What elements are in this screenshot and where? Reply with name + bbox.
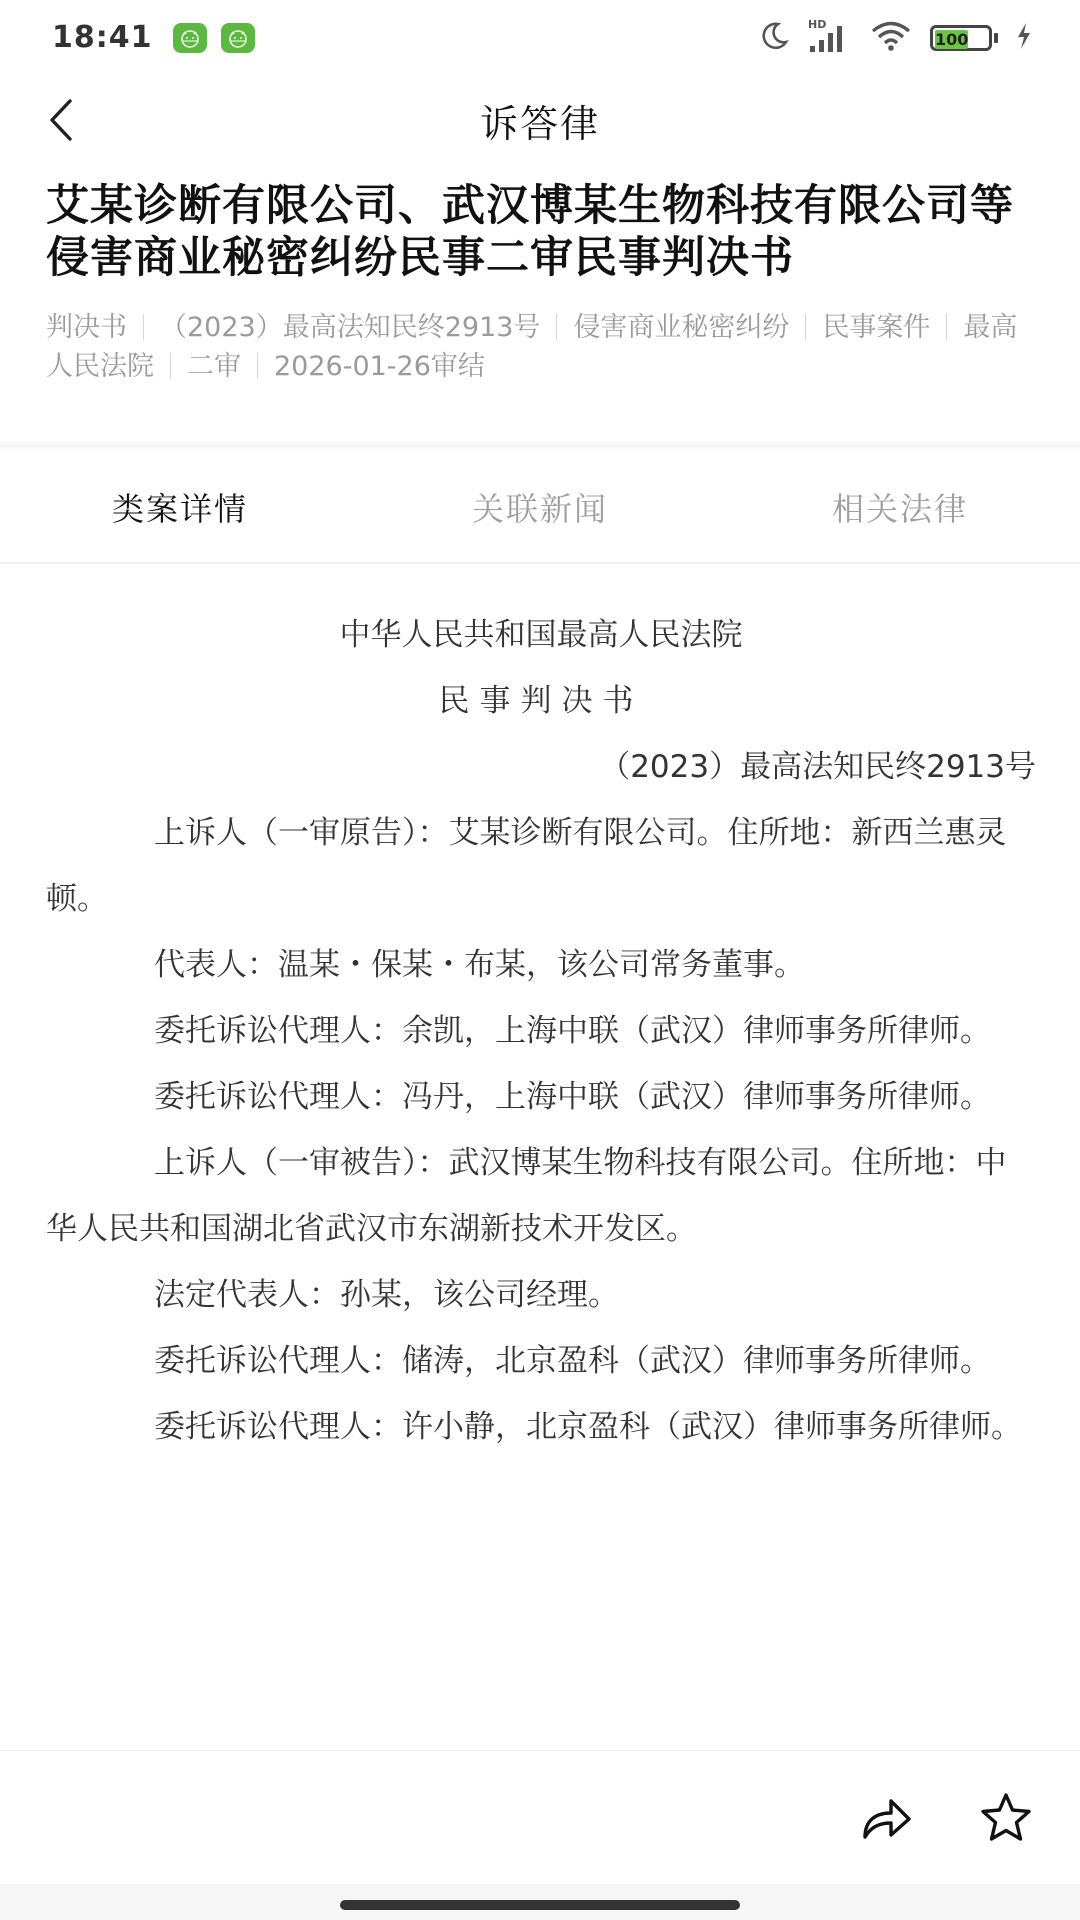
doc-paragraph: 上诉人（一审原告）：艾某诊断有限公司。住所地：新西兰惠灵顿。: [46, 800, 1036, 932]
tab-similar-cases[interactable]: 类案详情: [0, 452, 360, 562]
app-notification-icon: [173, 23, 207, 53]
divider: [805, 314, 806, 340]
status-bar: 18:41 HD 100: [0, 0, 1080, 75]
case-title: 艾某诊断有限公司、武汉博某生物科技有限公司等侵害商业秘密纠纷民事二审民事判决书: [46, 180, 1036, 284]
gesture-navigation-area: [0, 1884, 1080, 1920]
chevron-left-icon: [46, 98, 76, 142]
page-title: 诉答律: [480, 93, 600, 148]
doc-paragraph: 委托诉讼代理人：余凯，上海中联（武汉）律师事务所律师。: [46, 998, 1036, 1064]
meta-case-number: （2023）最高法知民终2913号: [160, 312, 540, 343]
share-button[interactable]: [854, 1784, 922, 1852]
divider: [170, 353, 171, 379]
back-button[interactable]: [36, 93, 86, 147]
doc-paragraph: 上诉人（一审被告）：武汉博某生物科技有限公司。住所地：中华人民共和国湖北省武汉市…: [46, 1130, 1036, 1262]
divider: [946, 314, 947, 340]
case-header: 艾某诊断有限公司、武汉博某生物科技有限公司等侵害商业秘密纠纷民事二审民事判决书 …: [0, 180, 1080, 386]
judgment-document[interactable]: 中华人民共和国最高人民法院 民事判决书 （2023）最高法知民终2913号 上诉…: [0, 602, 1080, 1750]
bottom-action-bar: [0, 1750, 1080, 1884]
hd-signal-icon: HD: [808, 22, 852, 54]
battery-level: 100: [935, 30, 968, 49]
doc-paragraph: 委托诉讼代理人：冯丹，上海中联（武汉）律师事务所律师。: [46, 1064, 1036, 1130]
network-label: HD: [808, 18, 826, 31]
meta-closed-date: 2026-01-26审结: [274, 351, 485, 382]
status-time: 18:41: [52, 20, 153, 55]
battery-indicator: 100: [930, 25, 998, 51]
doc-paragraph: 委托诉讼代理人：许小静，北京盈科（武汉）律师事务所律师。: [46, 1394, 1036, 1460]
doc-paragraph: 委托诉讼代理人：储涛，北京盈科（武汉）律师事务所律师。: [46, 1328, 1036, 1394]
section-divider: [0, 440, 1080, 452]
doc-type-heading: 民事判决书: [46, 668, 1036, 734]
doc-paragraph: 法定代表人：孙某，该公司经理。: [46, 1262, 1036, 1328]
doc-case-number: （2023）最高法知民终2913号: [46, 734, 1036, 800]
doc-court: 中华人民共和国最高人民法院: [46, 602, 1036, 668]
tab-related-news[interactable]: 关联新闻: [360, 452, 720, 562]
meta-doc-type: 判决书: [46, 312, 127, 343]
wifi-icon: [870, 20, 912, 56]
status-left: 18:41: [52, 20, 255, 55]
nav-bar: 诉答律: [0, 75, 1080, 165]
meta-case-type: 民事案件: [822, 312, 930, 343]
star-icon: [978, 1792, 1034, 1844]
app-notification-icon: [221, 23, 255, 53]
meta-trial-level: 二审: [187, 351, 241, 382]
moon-icon: [758, 20, 790, 56]
share-icon: [861, 1795, 915, 1841]
charging-icon: [1016, 22, 1032, 54]
tab-related-laws[interactable]: 相关法律: [720, 452, 1080, 562]
favorite-button[interactable]: [972, 1784, 1040, 1852]
status-right: HD 100: [758, 20, 1032, 56]
divider: [257, 353, 258, 379]
divider: [143, 314, 144, 340]
divider: [556, 314, 557, 340]
case-meta: 判决书（2023）最高法知民终2913号侵害商业秘密纠纷民事案件最高人民法院二审…: [46, 308, 1036, 386]
doc-paragraph: 代表人：温某・保某・布某，该公司常务董事。: [46, 932, 1036, 998]
home-gesture-handle[interactable]: [340, 1900, 740, 1910]
tab-bar: 类案详情 关联新闻 相关法律: [0, 452, 1080, 564]
meta-cause: 侵害商业秘密纠纷: [573, 312, 789, 343]
